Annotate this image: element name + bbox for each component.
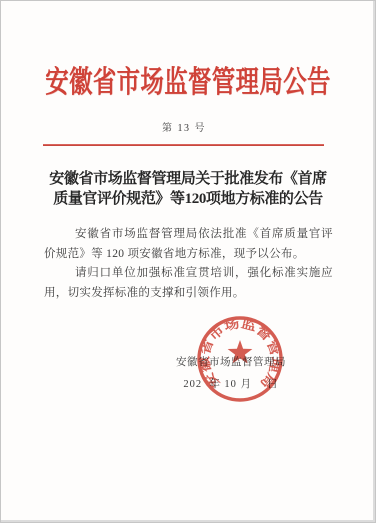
subject-line-2: 质量官评价规范》等120项地方标准的公告 <box>21 189 355 209</box>
seal-star-icon <box>228 340 253 364</box>
announcement-body: 安徽省市场监督管理局依法批准《首席质量官评价规范》等 120 项安徽省地方标准，… <box>44 225 333 303</box>
red-divider-rule <box>43 144 324 146</box>
document-number: 第 13 号 <box>1 119 367 134</box>
body-paragraph-1: 安徽省市场监督管理局依法批准《首席质量官评价规范》等 120 项安徽省地方标准，… <box>44 225 333 264</box>
agency-header-title-text: 安徽省市场监督管理局公告 <box>45 57 330 101</box>
agency-header-title: 安徽省市场监督管理局公告 <box>1 57 375 101</box>
subject-line-1: 安徽省市场监督管理局关于批准发布《首席 <box>21 169 355 189</box>
official-seal-stamp-icon: 安徽省市场监督管理局 <box>185 304 295 414</box>
body-paragraph-2: 请归口单位加强标准宣贯培训，强化标准实施应用，切实发挥标准的支撑和引领作用。 <box>44 264 333 303</box>
announcement-subject-title: 安徽省市场监督管理局关于批准发布《首席 质量官评价规范》等120项地方标准的公告 <box>21 169 355 209</box>
announcement-page: 安徽省市场监督管理局公告 第 13 号 安徽省市场监督管理局关于批准发布《首席 … <box>0 0 376 523</box>
